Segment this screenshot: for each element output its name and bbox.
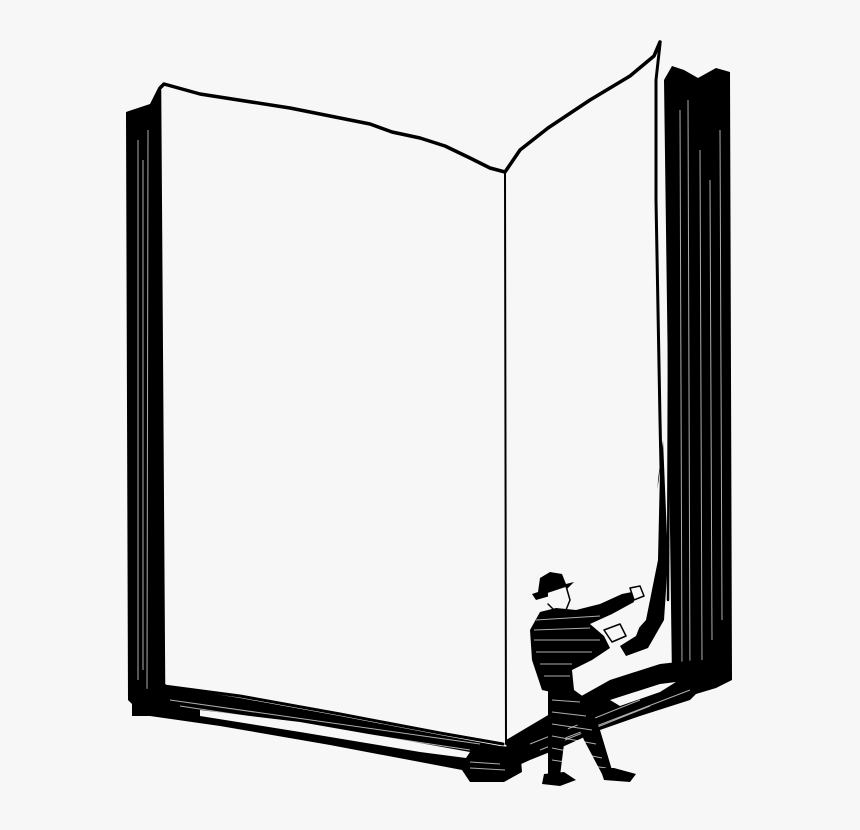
shoe-left: [542, 772, 576, 786]
left-page: [160, 84, 505, 745]
shoe-right: [600, 768, 636, 782]
book-cover-right-edge: [664, 66, 732, 694]
open-book-illustration: [0, 0, 860, 830]
